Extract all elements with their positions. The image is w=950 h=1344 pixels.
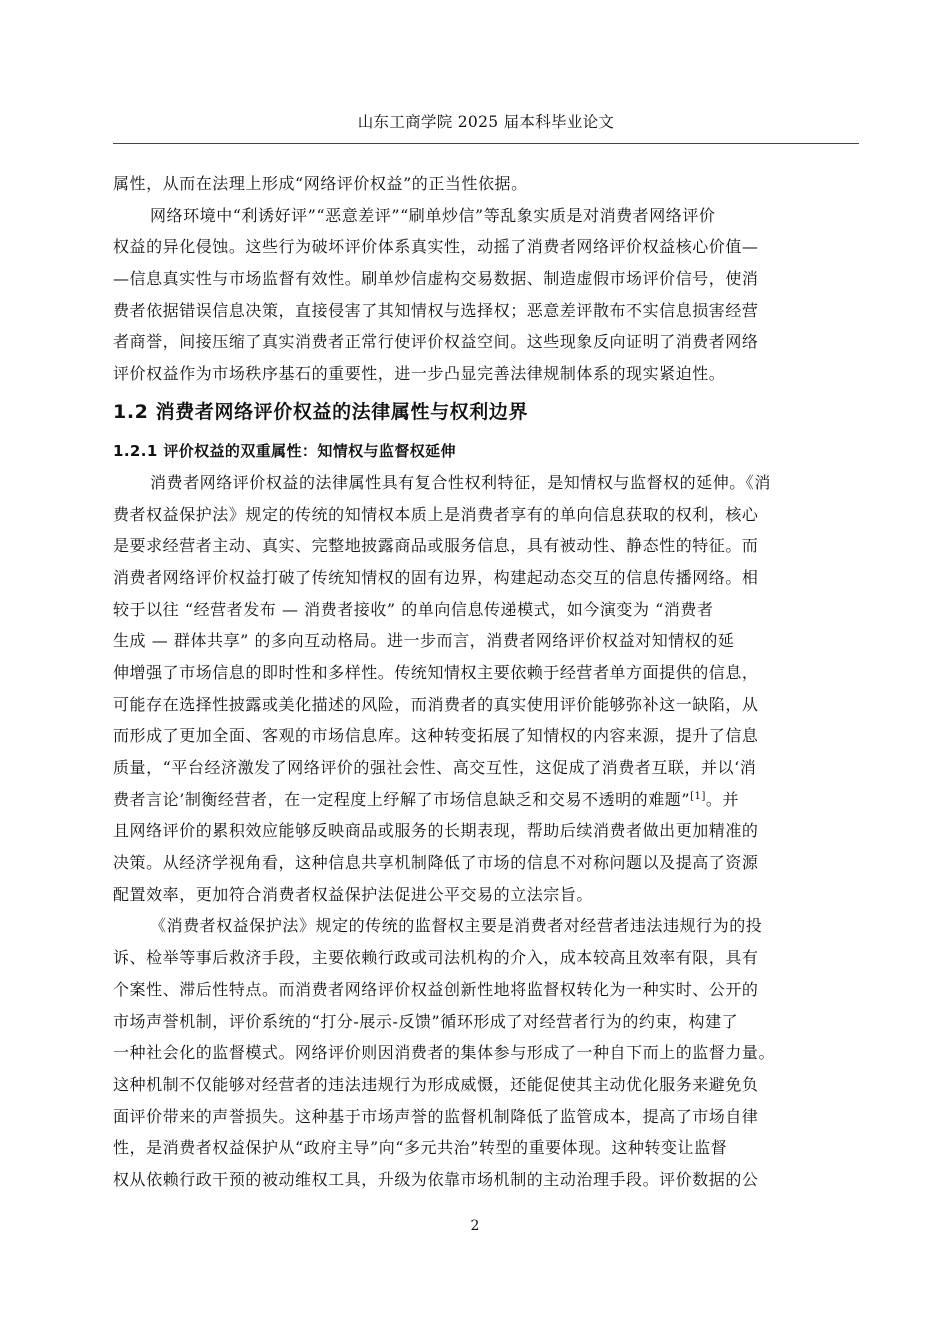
citation-reference[interactable]: [1] — [690, 791, 706, 802]
text-line: 面评价带来的声誉损失。这种基于市场声誉的监督机制降低了监管成本，提高了市场自律 — [113, 1101, 859, 1133]
text-line: 生成 — 群体共享” 的多向互动格局。进一步而言，消费者网络评价权益对知情权的延 — [113, 625, 859, 657]
text-line: 网络环境中“利诱好评”“恶意差评”“刷单炒信”等乱象实质是对消费者网络评价 — [113, 200, 859, 232]
page-content: 属性，从而在法理上形成“网络评价权益”的正当性依据。 网络环境中“利诱好评”“恶… — [113, 168, 859, 1196]
subsection-heading: 1.2.1 评价权益的双重属性：知情权与监督权延伸 — [113, 435, 859, 467]
text-line: 费者权益保护法》规定的传统的知情权本质上是消费者享有的单向信息获取的权利，核心 — [113, 499, 859, 531]
section-heading: 1.2 消费者网络评价权益的法律属性与权利边界 — [113, 390, 859, 435]
text-line: 评价权益作为市场秩序基石的重要性，进一步凸显完善法律规制体系的现实紧迫性。 — [113, 358, 859, 390]
paragraph-online-chaos: 网络环境中“利诱好评”“恶意差评”“刷单炒信”等乱象实质是对消费者网络评价 权益… — [113, 200, 859, 390]
text-fragment: 。并 — [706, 790, 739, 809]
text-line: 权益的异化侵蚀。这些行为破坏评价体系真实性，动摇了消费者网络评价权益核心价值— — [113, 231, 859, 263]
header-rule — [113, 143, 859, 144]
text-line: —信息真实性与市场监督有效性。刷单炒信虚构交易数据、制造虚假市场评价信号，使消 — [113, 263, 859, 295]
text-line: 是要求经营者主动、真实、完整地披露商品或服务信息，具有被动性、静态性的特征。而 — [113, 530, 859, 562]
text-line: 者商誉，间接压缩了真实消费者正常行使评价权益空间。这些现象反向证明了消费者网络 — [113, 326, 859, 358]
text-line: 个案性、滞后性特点。而消费者网络评价权益创新性地将监督权转化为一种实时、公开的 — [113, 974, 859, 1006]
text-line: 属性，从而在法理上形成“网络评价权益”的正当性依据。 — [113, 168, 859, 200]
text-line: 《消费者权益保护法》规定的传统的监督权主要是消费者对经营者违法违规行为的投 — [113, 910, 859, 942]
text-line: 可能存在选择性披露或美化描述的风险，而消费者的真实使用评价能够弥补这一缺陷，从 — [113, 689, 859, 721]
text-line-with-citation: 费者言论’制衡经营者，在一定程度上纾解了市场信息缺乏和交易不透明的难题”[1]。… — [113, 784, 859, 816]
text-line: 且网络评价的累积效应能够反映商品或服务的长期表现，帮助后续消费者做出更加精准的 — [113, 815, 859, 847]
paragraph-continuation: 属性，从而在法理上形成“网络评价权益”的正当性依据。 — [113, 168, 859, 200]
text-line: 质量，“平台经济激发了网络评价的强社会性、高交互性，这促成了消费者互联，并以‘消 — [113, 752, 859, 784]
document-page: 山东工商学院 2025 届本科毕业论文 属性，从而在法理上形成“网络评价权益”的… — [0, 0, 950, 1344]
text-line: 消费者网络评价权益的法律属性具有复合性权利特征，是知情权与监督权的延伸。《消 — [113, 467, 859, 499]
text-line: 这种机制不仅能够对经营者的违法违规行为形成威慑，还能促使其主动优化服务来避免负 — [113, 1069, 859, 1101]
text-line: 消费者网络评价权益打破了传统知情权的固有边界，构建起动态交互的信息传播网络。相 — [113, 562, 859, 594]
text-line: 市场声誉机制，评价系统的“打分-展示-反馈”循环形成了对经营者行为的约束，构建了 — [113, 1006, 859, 1038]
page-number: 2 — [0, 1218, 950, 1234]
quote-text: 费者言论’制衡经营者，在一定程度上纾解了市场信息缺乏和交易不透明的难题” — [113, 790, 690, 809]
text-line: 性，是消费者权益保护从“政府主导”向“多元共治”转型的重要体现。这种转变让监督 — [113, 1132, 859, 1164]
text-line: 诉、检举等事后救济手段，主要依赖行政或司法机构的介入，成本较高且效率有限，具有 — [113, 942, 859, 974]
text-line: 一种社会化的监督模式。网络评价则因消费者的集体参与形成了一种自下而上的监督力量。 — [113, 1037, 859, 1069]
text-line: 而形成了更加全面、客观的市场信息库。这种转变拓展了知情权的内容来源，提升了信息 — [113, 720, 859, 752]
text-line: 较于以往 “经营者发布 — 消费者接收” 的单向信息传递模式，如今演变为 “消费… — [113, 594, 859, 626]
text-line: 决策。从经济学视角看，这种信息共享机制降低了市场的信息不对称问题以及提高了资源 — [113, 847, 859, 879]
text-line: 配置效率，更加符合消费者权益保护法促进公平交易的立法宗旨。 — [113, 879, 859, 911]
text-line: 费者依据错误信息决策，直接侵害了其知情权与选择权；恶意差评散布不实信息损害经营 — [113, 295, 859, 327]
text-line: 伸增强了市场信息的即时性和多样性。传统知情权主要依赖于经营者单方面提供的信息， — [113, 657, 859, 689]
running-header: 山东工商学院 2025 届本科毕业论文 — [113, 110, 859, 132]
paragraph-right-to-know: 消费者网络评价权益的法律属性具有复合性权利特征，是知情权与监督权的延伸。《消 费… — [113, 467, 859, 911]
paragraph-supervision-right: 《消费者权益保护法》规定的传统的监督权主要是消费者对经营者违法违规行为的投 诉、… — [113, 910, 859, 1195]
text-line: 权从依赖行政干预的被动维权工具，升级为依靠市场机制的主动治理手段。评价数据的公 — [113, 1164, 859, 1196]
